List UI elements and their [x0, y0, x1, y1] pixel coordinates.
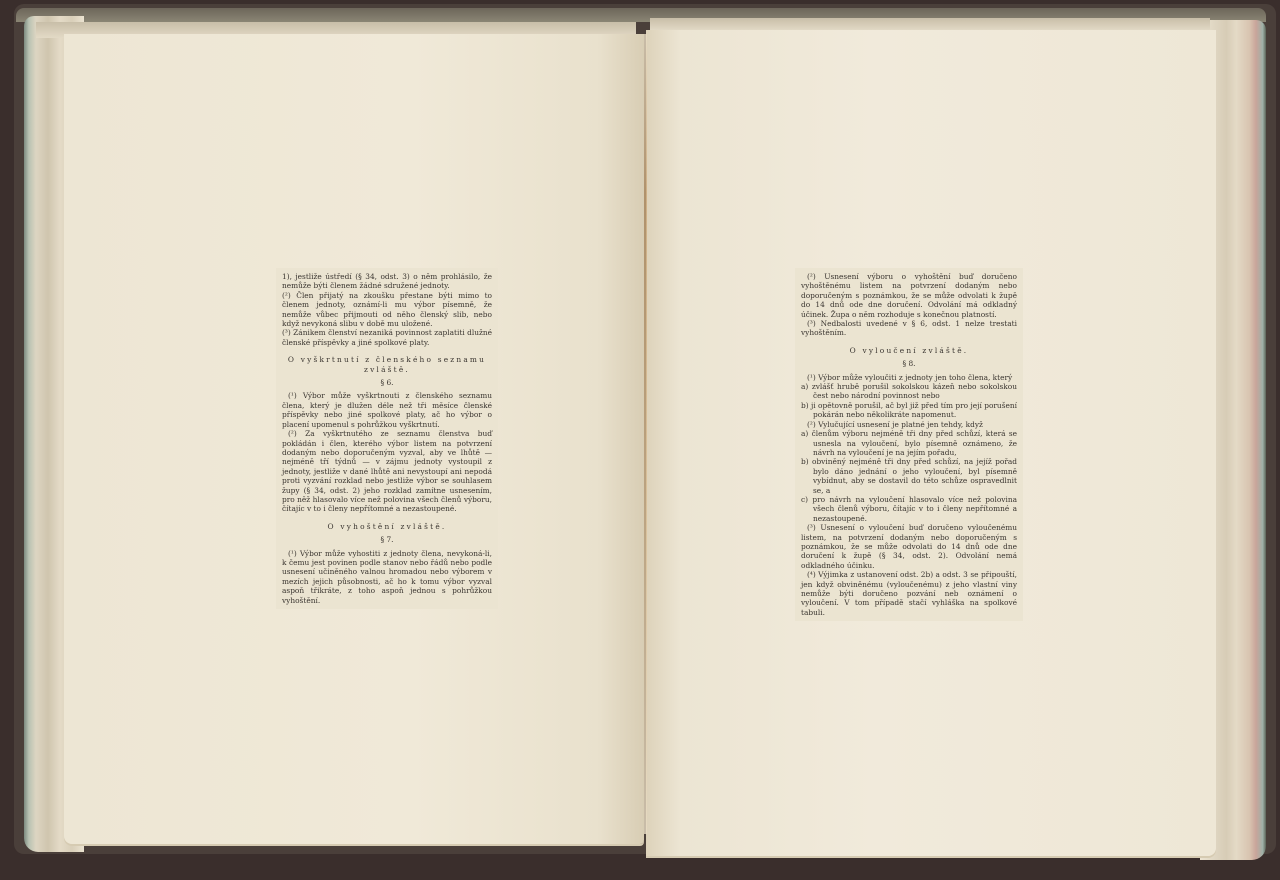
section-heading: O vyškrtnutí z členského seznamu zvláště…	[282, 355, 492, 374]
right-page-text-block: (²) Usnesení výboru o vyhoštění buď doru…	[795, 268, 1023, 621]
book-spine-gutter	[644, 34, 647, 834]
left-page-text-block: 1), jestliže ústředí (§ 34, odst. 3) o n…	[276, 268, 498, 609]
paragraph: (²) Vylučující usnesení je platné jen te…	[801, 420, 1017, 429]
list-item: b) obviněný nejméně tři dny před schůzí,…	[801, 457, 1017, 495]
paragraph: (³) Usnesení o vyloučení buď doručeno vy…	[801, 523, 1017, 570]
section-number: § 8.	[801, 359, 1017, 368]
section-number: § 6.	[282, 378, 492, 387]
paragraph: (²) Usnesení výboru o vyhoštění buď doru…	[801, 272, 1017, 319]
paragraph: (²) Člen přijatý na zkoušku přestane být…	[282, 291, 492, 329]
paragraph: (³) Nedbalosti uvedené v § 6, odst. 1 ne…	[801, 319, 1017, 338]
section-number: § 7.	[282, 535, 492, 544]
paragraph: (¹) Výbor může vyloučiti z jednoty jen t…	[801, 373, 1017, 382]
paragraph: (²) Za vyškrtnutého ze seznamu členstva …	[282, 429, 492, 514]
list-item: c) pro návrh na vyloučení hlasovalo více…	[801, 495, 1017, 523]
paragraph: 1), jestliže ústředí (§ 34, odst. 3) o n…	[282, 272, 492, 291]
paragraph: (¹) Výbor může vyhostiti z jednoty člena…	[282, 549, 492, 605]
paragraph: (⁴) Výjimka z ustanovení odst. 2b) a ods…	[801, 570, 1017, 617]
list-item: b) ji opětovně porušil, ač byl již před …	[801, 401, 1017, 420]
paragraph: (³) Zánikem členství nezaniká povinnost …	[282, 328, 492, 347]
list-item: a) členům výboru nejméně tři dny před sc…	[801, 429, 1017, 457]
list-item: a) zvlášť hrubě porušil sokolskou kázeň …	[801, 382, 1017, 401]
paragraph: (¹) Výbor může vyškrtnouti z členského s…	[282, 391, 492, 429]
section-heading: O vyhoštění zvláště.	[282, 522, 492, 531]
section-heading: O vyloučení zvláště.	[801, 346, 1017, 355]
